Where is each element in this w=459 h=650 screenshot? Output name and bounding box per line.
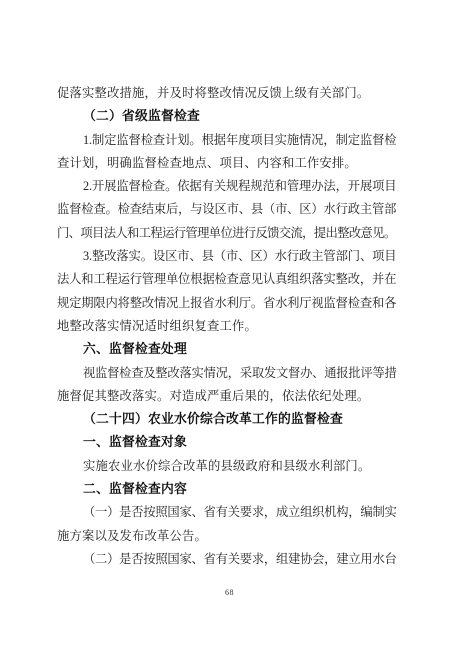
- paragraph-line-text: 门、项目法人和工程运行管理单位进行反馈交流，提出整改意见。: [57, 222, 396, 245]
- heading-line: 一、监督检查对象: [57, 431, 402, 454]
- paragraph-line-text: 地整改落实情况适时组织复查工作。: [57, 315, 257, 338]
- paragraph-line-text: 1.制定监督检查计划。根据年度项目实施情况，制定监督检: [83, 129, 396, 152]
- heading-line-text: 六、监督检查处理: [83, 338, 187, 361]
- paragraph-line-text: 实施农业水价综合改革的县级政府和县级水利部门。: [83, 455, 370, 478]
- paragraph-line: 查计划，明确监督检查地点、项目、内容和工作安排。: [57, 152, 402, 175]
- paragraph-line: 实施农业水价综合改革的县级政府和县级水利部门。: [57, 455, 402, 478]
- document-text-block: 促落实整改措施，并及时将整改情况反馈上级有关部门。 （二）省级监督检查 1.制定…: [57, 82, 402, 571]
- paragraph-line: 规定期限内将整改情况上报省水利厅。省水利厅视监督检查和各: [57, 292, 402, 315]
- paragraph-line-text: （一）是否按照国家、省有关要求，成立组织机构，编制实: [83, 501, 397, 524]
- heading-line-text: （二）省级监督检查: [83, 105, 200, 128]
- paragraph-line: （二）是否按照国家、省有关要求，组建协会，建立用水台: [57, 548, 402, 571]
- heading-line-text: 一、监督检查对象: [83, 431, 187, 454]
- paragraph-line-text: 施督促其整改落实。对造成严重后果的，依法依纪处理。: [57, 385, 369, 408]
- heading-line-text: 二、监督检查内容: [83, 478, 187, 501]
- heading-line-text: （二十四）农业水价综合改革工作的监督检查: [83, 408, 343, 431]
- paragraph-line: 施方案以及发布改革公告。: [57, 525, 402, 548]
- heading-line: 二、监督检查内容: [57, 478, 402, 501]
- paragraph-line: 地整改落实情况适时组织复查工作。: [57, 315, 402, 338]
- paragraph-line-text: 规定期限内将整改情况上报省水利厅。省水利厅视监督检查和各: [57, 292, 396, 315]
- paragraph-line: 施督促其整改落实。对造成严重后果的，依法依纪处理。: [57, 385, 402, 408]
- paragraph-line: 3.整改落实。设区市、县（市、区）水行政主管部门、项目: [57, 245, 402, 268]
- heading-line: （二）省级监督检查: [57, 105, 402, 128]
- paragraph-line-text: 查计划，明确监督检查地点、项目、内容和工作安排。: [57, 152, 357, 175]
- paragraph-line: 门、项目法人和工程运行管理单位进行反馈交流，提出整改意见。: [57, 222, 402, 245]
- paragraph-line-text: 3.整改落实。设区市、县（市、区）水行政主管部门、项目: [83, 245, 396, 268]
- paragraph-line-text: 促落实整改措施，并及时将整改情况反馈上级有关部门。: [57, 82, 369, 105]
- heading-line: 六、监督检查处理: [57, 338, 402, 361]
- paragraph-line: 视监督检查及整改落实情况，采取发文督办、通报批评等措: [57, 362, 402, 385]
- paragraph-line: （一）是否按照国家、省有关要求，成立组织机构，编制实: [57, 501, 402, 524]
- paragraph-line: 监督检查。检查结束后，与设区市、县（市、区）水行政主管部: [57, 198, 402, 221]
- paragraph-line: 2.开展监督检查。依据有关规程规范和管理办法，开展项目: [57, 175, 402, 198]
- page-number: 68: [0, 588, 459, 597]
- paragraph-line-text: 视监督检查及整改落实情况，采取发文督办、通报批评等措: [83, 362, 397, 385]
- paragraph-line-text: （二）是否按照国家、省有关要求，组建协会，建立用水台: [83, 548, 397, 571]
- paragraph-line-text: 法人和工程运行管理单位根据检查意见认真组织落实整改，并在: [57, 268, 396, 291]
- paragraph-line-text: 监督检查。检查结束后，与设区市、县（市、区）水行政主管部: [57, 198, 396, 221]
- paragraph-line: 促落实整改措施，并及时将整改情况反馈上级有关部门。: [57, 82, 402, 105]
- paragraph-line: 法人和工程运行管理单位根据检查意见认真组织落实整改，并在: [57, 268, 402, 291]
- paragraph-line-text: 2.开展监督检查。依据有关规程规范和管理办法，开展项目: [83, 175, 396, 198]
- heading-line: （二十四）农业水价综合改革工作的监督检查: [57, 408, 402, 431]
- paragraph-line: 1.制定监督检查计划。根据年度项目实施情况，制定监督检: [57, 129, 402, 152]
- document-page: 促落实整改措施，并及时将整改情况反馈上级有关部门。 （二）省级监督检查 1.制定…: [0, 0, 459, 650]
- paragraph-line-text: 施方案以及发布改革公告。: [57, 525, 207, 548]
